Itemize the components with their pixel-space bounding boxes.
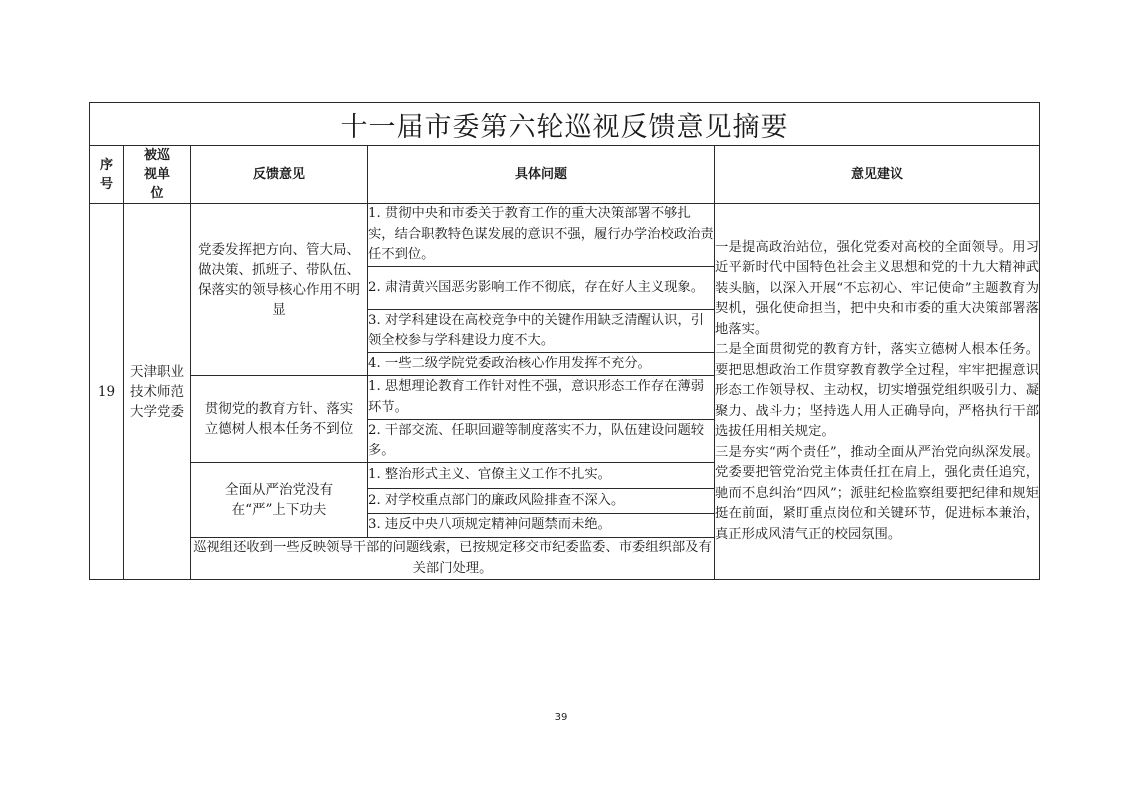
header-seq: 序号 (90, 146, 124, 204)
suggestion-paragraph: 三是夯实“两个责任”，推动全面从严治党向纵深发展。党委要把管党治党主体责任扛在肩… (715, 443, 1039, 546)
page-number: 39 (0, 712, 1122, 723)
feedback-category: 党委发挥把方向、管大局、做决策、抓班子、带队伍、保落实的领导核心作用不明显 (191, 204, 368, 376)
issue-item: 3. 对学科建设在高校竞争中的关键作用缺乏清醒认识，引领全校参与学科建设力度不大… (368, 310, 715, 353)
suggestion-paragraph: 一是提高政治站位，强化党委对高校的全面领导。用习近平新时代中国特色社会主义思想和… (715, 238, 1039, 341)
feedback-category: 贯彻党的教育方针、落实立德树人根本任务不到位 (191, 376, 368, 463)
issue-item: 2. 对学校重点部门的廉政风险排查不深入。 (368, 489, 715, 514)
suggestions-cell: 一是提高政治站位，强化党委对高校的全面领导。用习近平新时代中国特色社会主义思想和… (715, 204, 1040, 580)
row-seq: 19 (90, 204, 124, 580)
issue-item: 4. 一些二级学院党委政治核心作用发挥不充分。 (368, 353, 715, 376)
header-feedback: 反馈意见 (191, 146, 368, 204)
issue-item: 3. 违反中央八项规定精神问题禁而未绝。 (368, 514, 715, 538)
header-suggestions: 意见建议 (715, 146, 1040, 204)
document-page: 十一届市委第六轮巡视反馈意见摘要 序号 被巡视单位 反馈意见 具体问题 意见建议… (0, 0, 1122, 793)
issue-item: 2. 干部交流、任职回避等制度落实不力，队伍建设问题较多。 (368, 420, 715, 463)
header-issues: 具体问题 (368, 146, 715, 204)
document-title: 十一届市委第六轮巡视反馈意见摘要 (90, 103, 1040, 146)
feedback-category: 全面从严治党没有在“严”上下功夫 (191, 463, 368, 538)
issue-item: 2. 肃清黄兴国恶劣影响工作不彻底，存在好人主义现象。 (368, 267, 715, 310)
inspected-unit: 天津职业技术师范大学党委 (124, 204, 191, 580)
issue-item: 1. 思想理论教育工作针对性不强，意识形态工作存在薄弱环节。 (368, 376, 715, 420)
inspection-feedback-table: 十一届市委第六轮巡视反馈意见摘要 序号 被巡视单位 反馈意见 具体问题 意见建议… (89, 102, 1040, 580)
issue-item: 1. 贯彻中央和市委关于教育工作的重大决策部署不够扎实，结合职教特色谋发展的意识… (368, 204, 715, 267)
clue-transfer-note: 巡视组还收到一些反映领导干部的问题线索，已按规定移交市纪委监委、市委组织部及有关… (191, 538, 715, 580)
suggestion-paragraph: 二是全面贯彻党的教育方针，落实立德树人根本任务。要把思想政治工作贯穿教育教学全过… (715, 340, 1039, 443)
issue-item: 1. 整治形式主义、官僚主义工作不扎实。 (368, 463, 715, 489)
header-unit: 被巡视单位 (124, 146, 191, 204)
